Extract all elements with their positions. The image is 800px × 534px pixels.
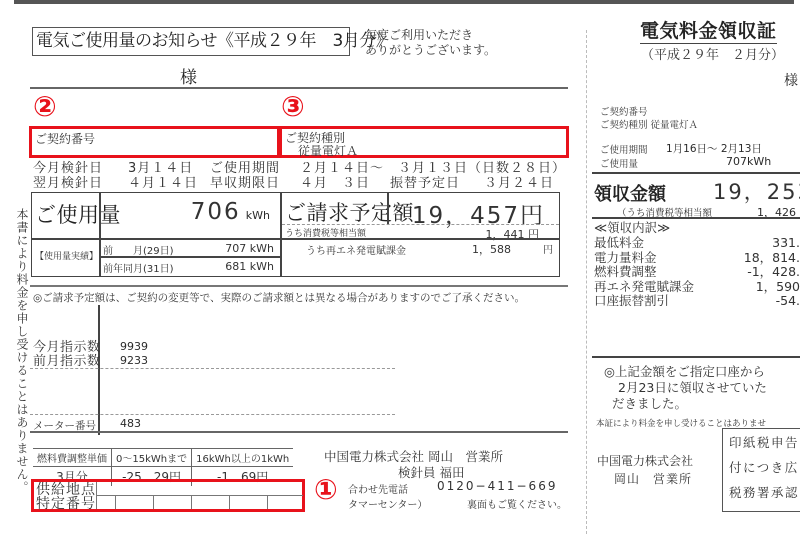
receipt-company-line1: 中国電力株式会社 [597, 452, 693, 469]
history-prev-month-period: 前 月(29日) [103, 242, 174, 257]
usage-amount: 706 kWh [191, 199, 270, 225]
transfer-date-label: 振替予定日 [390, 176, 460, 191]
divider [30, 431, 568, 433]
divider [30, 285, 568, 287]
receipt-note: ◎上記金額をご指定口座から 2月23日に領収させていた だきました。 [604, 364, 767, 412]
receipt-amount-value: 19，253 [713, 176, 800, 206]
due-date-label: 早収期限日 [210, 176, 280, 191]
vertical-note: 本書により料金を申し受けることはありません。 [14, 208, 31, 494]
usage-period-label: ご使用期間 [210, 161, 280, 176]
breakdown-row: 再エネ発電賦課金1，590 [594, 280, 800, 295]
breakdown-label: 最低料金 [594, 235, 644, 250]
history-prev-month-value: 707 kWh [225, 242, 274, 255]
receipt-period: （平成２９年 ２月分） [641, 44, 784, 63]
divider [592, 217, 800, 219]
contract-type-value: 従量電灯Ａ [298, 142, 358, 159]
receipt-usage-period-value: 1月16日～ 2月13日 [666, 141, 762, 156]
table-row: 燃料費調整単価 0～15kWhまで 16kWh以上の1kWh [33, 449, 293, 467]
usage-value: 706 [191, 199, 241, 225]
cell-divider [32, 238, 280, 240]
greeting-line-1: 毎度ご利用いただき [365, 28, 496, 43]
transfer-date-value: ３月２４日 [484, 176, 554, 191]
last-month-reading-label: 前月指示数 [33, 354, 101, 369]
note-line-3: だきました。 [604, 396, 767, 412]
due-date-value: ４月 ３日 [300, 176, 370, 191]
breakdown-row: 口座振替割引-54. [594, 294, 800, 309]
contract-number-box: ご契約番号 [29, 126, 280, 158]
meter-column-divider [98, 305, 100, 435]
divider [30, 87, 568, 89]
dotted-divider [30, 414, 395, 415]
perforation-line [586, 30, 587, 534]
receipt-company-line2: 岡山 営業所 [614, 470, 692, 487]
supply-point-label-2: 特定番号 [36, 497, 96, 511]
divider [592, 356, 800, 358]
charge-label: ご請求予定額 [285, 197, 414, 227]
contact-label: 合わせ先電話 [348, 481, 408, 496]
breakdown-row: 燃料費調整-1，428. [594, 265, 800, 280]
receipt-honorific: 様 [784, 70, 798, 90]
note-line-2: 2月23日に領収させていた [604, 380, 767, 396]
fuel-header-tier2: 16kWh以上の1kWh [192, 449, 294, 467]
honorific: 様 [180, 63, 197, 88]
cell-divider [99, 256, 280, 258]
renewable-levy-label: うち再エネ発電賦課金 [306, 242, 406, 257]
receipt-contract-type: ご契約種別 従量電灯Ａ [600, 117, 698, 131]
see-back-note: 裏面もご覧ください。 [467, 496, 567, 511]
usage-box: ご使用量 706 kWh 【使用量実績】 前 月(29日) 707 kWh 前年… [31, 192, 281, 277]
dotted-divider [30, 368, 395, 369]
breakdown-label: 電力量料金 [594, 250, 657, 265]
renewable-levy-unit: 円 [543, 241, 553, 256]
breakdown-row: 最低料金331. [594, 236, 800, 251]
top-border [14, 0, 794, 4]
contract-type-box: ご契約種別 従量電灯Ａ [279, 126, 569, 158]
receipt-title: 電気料金領収証 [640, 16, 777, 44]
breakdown-value: 331. [772, 236, 800, 251]
breakdown-row: 電力量料金18，814. [594, 251, 800, 266]
cell-divider [387, 193, 389, 225]
marker-2: ② [33, 92, 57, 122]
dotted-divider [282, 224, 559, 225]
marker-1: ① [314, 475, 338, 505]
greeting-line-2: ありがとうございます。 [365, 43, 496, 58]
usage-label: ご使用量 [35, 199, 121, 229]
stamp-line-2: 付につき広 [729, 455, 800, 480]
breakdown-title: ≪領収内訳≫ [594, 221, 670, 236]
breakdown-label: 燃料費調整 [594, 264, 657, 279]
breakdown-value: -1，428. [747, 265, 800, 280]
meter-number-value: 483 [120, 417, 141, 430]
breakdown-value: -54. [776, 294, 800, 309]
disclaimer: ◎ご請求予定額は、ご契約の変更等で、実際のご請求額とは異なる場合がありますのでご… [33, 290, 525, 305]
charge-box: ご請求予定額 19，457円 うち消費税等相当額 1，441 円 うち再エネ発電… [281, 192, 560, 277]
supply-point-label-1: 供給地点 [36, 483, 96, 497]
stamp-line-3: 税務署承認 [729, 480, 800, 505]
divider [592, 172, 800, 174]
last-month-reading-value: 9233 [120, 354, 148, 367]
supply-point-number-field [96, 482, 302, 509]
breakdown-list: 最低料金331.電力量料金18，814.燃料費調整-1，428.再エネ発電賦課金… [594, 236, 800, 309]
cell-divider [99, 193, 101, 276]
history-prev-year-period: 前年同月(31日) [103, 260, 174, 275]
stamp-tax-box: 印紙税申告 付につき広 税務署承認 [722, 428, 800, 512]
contract-number-label: ご契約番号 [35, 130, 95, 147]
charge-tax-value: 1，441 円 [486, 226, 540, 242]
usage-period-value: ２月１４日～ ３月１３日（日数２８日） [300, 161, 566, 176]
meter-reading-date-value: 3月１４日 [128, 161, 193, 176]
supply-point-box: 供給地点 特定番号 [31, 479, 305, 512]
stamp-line-1: 印紙税申告 [729, 430, 800, 455]
breakdown-value: 18，814. [744, 251, 800, 266]
fuel-header-label: 燃料費調整単価 [33, 449, 112, 467]
greeting: 毎度ご利用いただき ありがとうございます。 [365, 28, 496, 58]
contact-center: タマーセンター） [348, 496, 427, 511]
cell-divider [282, 238, 559, 240]
history-prev-year-value: 681 kWh [225, 260, 274, 273]
breakdown-label: 口座振替割引 [594, 293, 669, 308]
usage-unit: kWh [246, 209, 270, 222]
meter-reading-date-label: 今月検針日 [33, 161, 103, 176]
receipt-usage-label: ご使用量 [600, 156, 638, 170]
next-reading-date-label: 翌月検針日 [33, 176, 103, 191]
receipt-contract-number-label: ご契約番号 [600, 104, 648, 118]
note-line-1: ◎上記金額をご指定口座から [604, 364, 767, 380]
usage-history-label: 【使用量実績】 [35, 249, 98, 262]
notice-title: 電気ご使用量のお知らせ《平成２９年 3月分》 [32, 27, 350, 56]
fuel-header-tier1: 0～15kWhまで [112, 449, 192, 467]
breakdown-value: 1，590 [756, 280, 800, 295]
receipt-amount-label: 領収金額 [594, 180, 666, 206]
breakdown-label: 再エネ発電賦課金 [594, 279, 694, 294]
this-month-reading-label: 今月指示数 [33, 340, 101, 355]
contact-phone: 0120−411−669 [437, 479, 557, 493]
renewable-levy-value: 1，588 [472, 241, 511, 257]
next-reading-date-value: ４月１４日 [128, 176, 198, 191]
this-month-reading-value: 9939 [120, 340, 148, 353]
marker-3: ③ [281, 92, 305, 122]
receipt-usage-value: 707kWh [726, 155, 771, 168]
receipt-usage-period-label: ご使用期間 [600, 142, 648, 156]
